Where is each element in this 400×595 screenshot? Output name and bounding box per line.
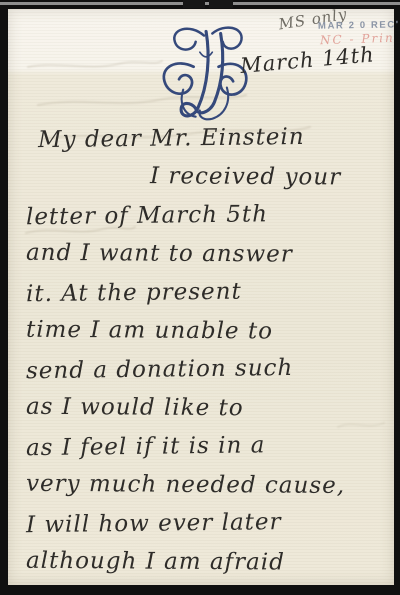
letter-line: it. At the present	[26, 271, 390, 314]
letter-line: send a donation such	[26, 348, 390, 391]
letter-body: My dear Mr. Einstein I received yourlett…	[26, 119, 390, 581]
letter-line: as I feel if it is in a	[26, 425, 390, 468]
scanner-edge-notch	[209, 0, 233, 8]
letter-line: letter of March 5th	[26, 194, 390, 237]
received-date-stamp: MAR 2 0 REC'D	[318, 19, 400, 32]
letter-line: as I would like to	[26, 387, 390, 428]
scanner-edge-notch	[183, 0, 205, 8]
letter-line: I will how ever later	[26, 502, 390, 545]
letter-line: I received your	[150, 157, 390, 197]
letter-line: and I want to answer	[26, 233, 390, 274]
letter-line: although I am afraid	[26, 541, 390, 582]
letter-line: very much needed cause,	[26, 464, 390, 505]
salutation-line: My dear Mr. Einstein	[38, 117, 390, 160]
letter-paper: MS only MAR 2 0 REC'D NC - Prin March 14…	[8, 9, 394, 585]
letter-line: time I am unable to	[26, 310, 390, 351]
